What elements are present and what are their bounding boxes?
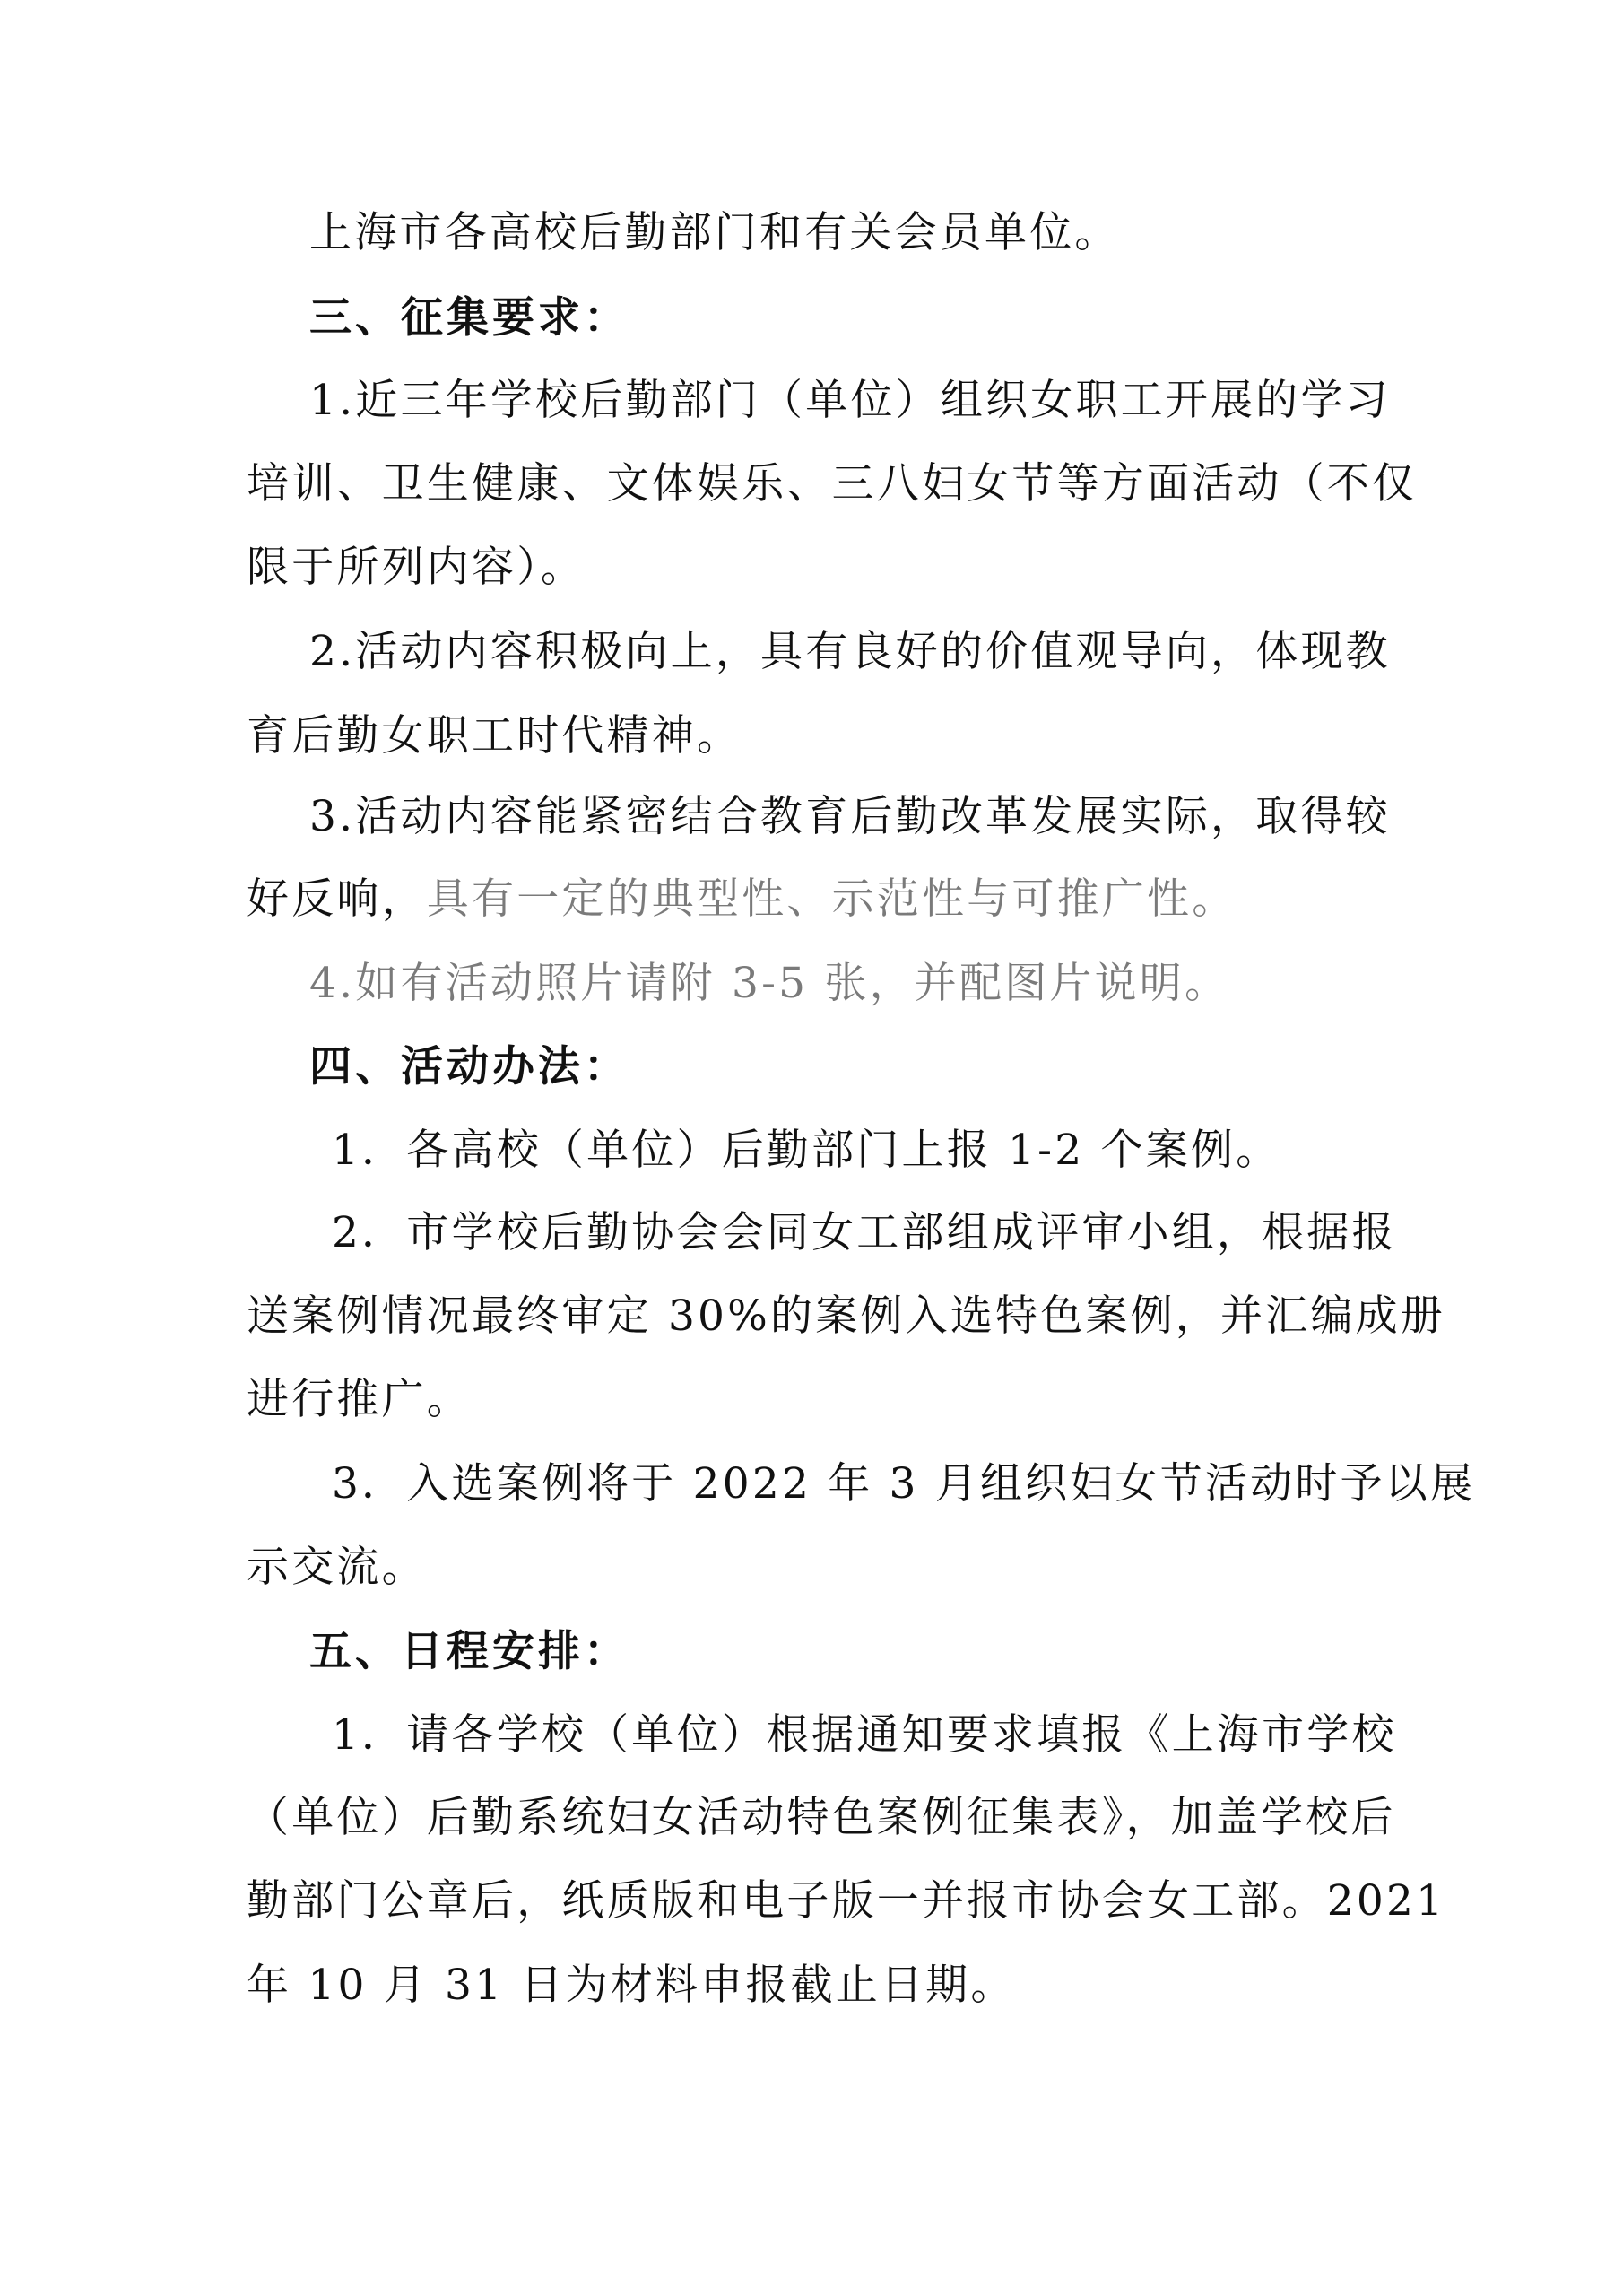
requirement-item-3-line-1: 3.活动内容能紧密结合教育后勤改革发展实际，取得较 [309, 790, 1391, 844]
method-item-3-line-1: 3．入选案例将于 2022 年 3 月组织妇女节活动时予以展 [332, 1457, 1475, 1511]
schedule-item-1-line-1: 1．请各学校（单位）根据通知要求填报《上海市学校 [332, 1709, 1397, 1762]
method-item-2-line-3: 进行推广。 [247, 1373, 472, 1427]
section-heading-schedule: 五、日程安排： [309, 1625, 629, 1679]
method-item-1: 1．各高校（单位）后勤部门上报 1-2 个案例。 [332, 1124, 1280, 1178]
section-heading-methods: 四、活动办法： [309, 1040, 629, 1094]
section-heading-requirements: 三、征集要求： [309, 291, 629, 345]
requirement-item-3-line-2: 好反响，具有一定的典型性、示范性与可推广性。 [247, 873, 1237, 926]
requirement-item-1-line-3: 限于所列内容）。 [247, 541, 586, 595]
requirement-item-1-line-2: 培训、卫生健康、文体娱乐、三八妇女节等方面活动（不仅 [247, 457, 1417, 511]
paragraph-line-scope: 上海市各高校后勤部门和有关会员单位。 [309, 206, 1120, 260]
method-item-2-line-2: 送案例情况最终审定 30%的案例入选特色案例，并汇编成册 [247, 1290, 1445, 1344]
requirement-item-2-line-1: 2.活动内容积极向上，具有良好的价值观导向，体现教 [309, 625, 1391, 679]
schedule-item-1-line-3: 勤部门公章后，纸质版和电子版一并报市协会女工部。2021 [247, 1874, 1445, 1928]
schedule-item-1-line-4: 年 10 月 31 日为材料申报截止日期。 [247, 1959, 1016, 2013]
requirement-item-1-line-1: 1.近三年学校后勤部门（单位）组织女职工开展的学习 [309, 374, 1391, 428]
requirement-item-4: 4.如有活动照片请附 3-5 张，并配图片说明。 [309, 957, 1229, 1011]
schedule-item-1-line-2: （单位）后勤系统妇女活动特色案例征集表》，加盖学校后 [247, 1791, 1396, 1845]
requirement-item-3-dark-text: 好反响， [247, 874, 427, 924]
method-item-3-line-2: 示交流。 [247, 1541, 427, 1595]
requirement-item-3-faded-text: 具有一定的典型性、示范性与可推广性。 [427, 874, 1237, 924]
method-item-2-line-1: 2．市学校后勤协会会同女工部组成评审小组，根据报 [332, 1206, 1397, 1260]
requirement-item-2-line-2: 育后勤女职工时代精神。 [247, 709, 742, 763]
